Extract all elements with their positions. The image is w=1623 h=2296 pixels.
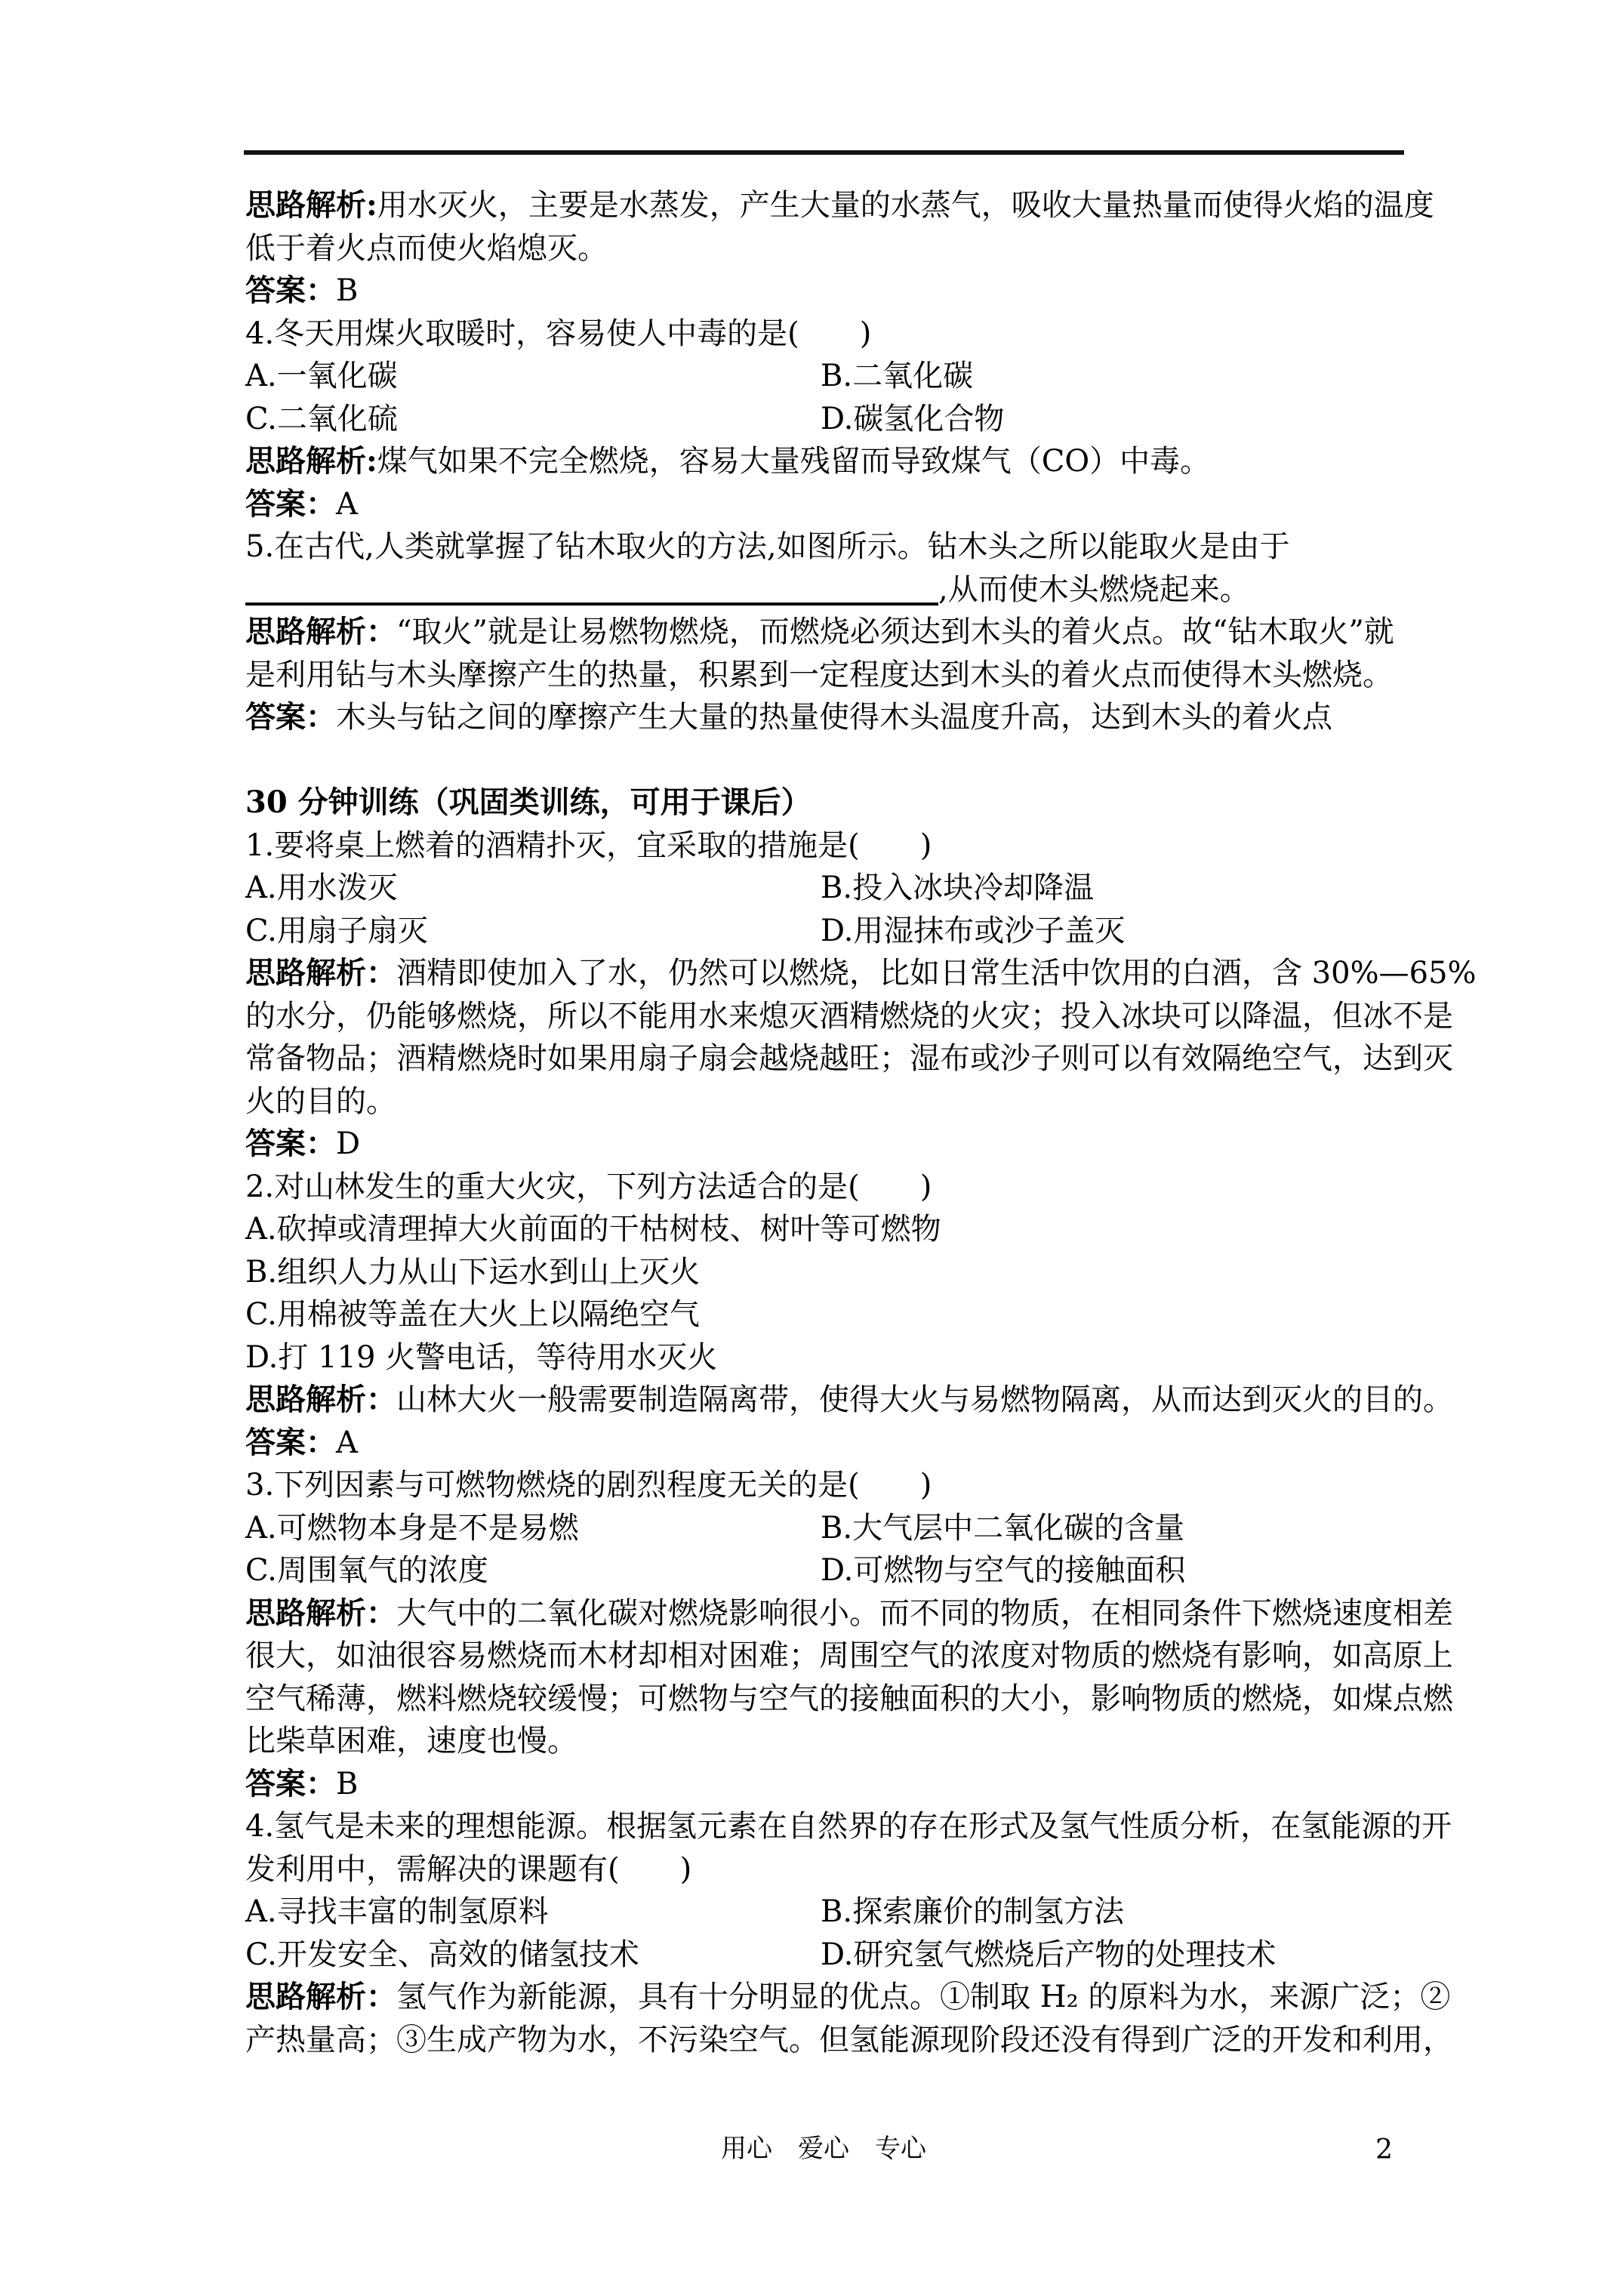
footer-motto: 用心 爱心 专心	[721, 2134, 926, 2164]
option-cell: A.一氧化碳	[245, 355, 821, 398]
option-row: A.寻找丰富的制氢原料B.探索廉价的制氢方法	[245, 1891, 1402, 1934]
option-cell: B.探索廉价的制氢方法	[821, 1891, 1402, 1934]
analysis-label: 思路解析：	[245, 1595, 396, 1631]
text-line: 空气稀薄，燃料燃烧较缓慢；可燃物与空气的接触面积的大小，影响物质的燃烧，如煤点燃	[245, 1678, 1402, 1721]
line-text: “取火”就是让易燃物燃烧，而燃烧必须达到木头的着火点。故“钻木取火”就	[396, 615, 1394, 649]
answer-blank	[245, 572, 938, 606]
answer-line: 答案：B	[245, 270, 1402, 313]
option-cell: A.寻找丰富的制氢原料	[245, 1891, 821, 1934]
line-text: 木头与钻之间的摩擦产生大量的热量使得木头温度升高，达到木头的着火点	[336, 700, 1332, 735]
option-cell: B.二氧化碳	[821, 355, 1402, 398]
option-row: C.二氧化硫D.碳氢化合物	[245, 398, 1402, 441]
line-text: 火的目的。	[245, 1084, 396, 1119]
answer-line: 答案：A	[245, 1422, 1402, 1465]
option-cell: B.投入冰块冷却降温	[821, 867, 1402, 910]
line-text: 酒精即使加入了水，仍然可以燃烧，比如日常生活中饮用的白酒，含 30%—65%	[396, 956, 1477, 991]
line-text: B	[336, 273, 358, 308]
text-line: 很大，如油很容易燃烧而木材却相对困难；周围空气的浓度对物质的燃烧有影响，如高原上	[245, 1635, 1402, 1678]
text-line: A.砍掉或清理掉大火前面的干枯树枝、树叶等可燃物	[245, 1208, 1402, 1251]
analysis-line: 思路解析：氢气作为新能源，具有十分明显的优点。①制取 H₂ 的原料为水，来源广泛…	[245, 1976, 1402, 2019]
option-cell: A.用水泼灭	[245, 867, 821, 910]
line-text: 2.对山林发生的重大火灾，下列方法适合的是( )	[245, 1170, 932, 1204]
text-line: 3.下列因素与可燃物燃烧的剧烈程度无关的是( )	[245, 1464, 1402, 1507]
analysis-line: 思路解析:煤气如果不完全燃烧，容易大量残留而导致煤气（CO）中毒。	[245, 440, 1402, 483]
line-text: C.用棉被等盖在大火上以隔绝空气	[245, 1297, 700, 1332]
analysis-label: 思路解析:	[245, 187, 377, 223]
analysis-label: 思路解析：	[245, 1382, 396, 1417]
line-text: 是利用钻与木头摩擦产生的热量，积累到一定程度达到木头的着火点而使得木头燃烧。	[245, 658, 1393, 692]
document-page: 思路解析:用水灭火，主要是水蒸发，产生大量的水蒸气，吸收大量热量而使得火焰的温度…	[0, 0, 1623, 2296]
section-heading: 30 分钟训练（巩固类训练，可用于课后）	[245, 781, 1402, 824]
text-line: 是利用钻与木头摩擦产生的热量，积累到一定程度达到木头的着火点而使得木头燃烧。	[245, 654, 1402, 697]
line-text: D	[336, 1126, 360, 1161]
page-number: 2	[1375, 2135, 1393, 2165]
answer-label: 答案：	[245, 1126, 336, 1161]
text-line: 发利用中，需解决的课题有( )	[245, 1848, 1402, 1891]
fill-blank-line: ,从而使木头燃烧起来。	[245, 569, 1402, 612]
option-row: C.开发安全、高效的储氢技术D.研究氢气燃烧后产物的处理技术	[245, 1934, 1402, 1977]
line-text: 3.下列因素与可燃物燃烧的剧烈程度无关的是( )	[245, 1468, 932, 1502]
option-cell: D.用湿抹布或沙子盖灭	[821, 910, 1402, 953]
option-cell: C.用扇子扇灭	[245, 910, 821, 953]
analysis-line: 思路解析：酒精即使加入了水，仍然可以燃烧，比如日常生活中饮用的白酒，含 30%—…	[245, 952, 1402, 995]
answer-line: 答案：木头与钻之间的摩擦产生大量的热量使得木头温度升高，达到木头的着火点	[245, 696, 1402, 739]
answer-line: 答案：A	[245, 483, 1402, 526]
option-cell: D.可燃物与空气的接触面积	[821, 1549, 1402, 1592]
line-text: D.打 119 火警电话，等待用水灭火	[245, 1340, 717, 1375]
text-line: 低于着火点而使火焰熄灭。	[245, 227, 1402, 270]
page-footer: 用心 爱心 专心 2	[245, 2134, 1402, 2164]
analysis-line: 思路解析：大气中的二氧化碳对燃烧影响很小。而不同的物质，在相同条件下燃烧速度相差	[245, 1592, 1402, 1635]
option-cell: C.二氧化硫	[245, 398, 821, 441]
analysis-line: 思路解析:用水灭火，主要是水蒸发，产生大量的水蒸气，吸收大量热量而使得火焰的温度	[245, 184, 1402, 227]
option-cell: D.碳氢化合物	[821, 398, 1402, 441]
line-text: B.组织人力从山下运水到山上灭火	[245, 1255, 700, 1290]
text-line: B.组织人力从山下运水到山上灭火	[245, 1251, 1402, 1294]
line-text: B	[336, 1767, 358, 1801]
line-text: 1.要将桌上燃着的酒精扑灭，宜采取的措施是( )	[245, 828, 932, 863]
analysis-label: 思路解析：	[245, 1979, 396, 2014]
analysis-label: 思路解析:	[245, 443, 377, 479]
line-text: 4.冬天用煤火取暖时，容易使人中毒的是( )	[245, 316, 871, 351]
option-row: A.可燃物本身是不是易燃B.大气层中二氧化碳的含量	[245, 1507, 1402, 1550]
text-line: 的水分，仍能够燃烧，所以不能用水来熄灭酒精燃烧的火灾；投入冰块可以降温，但冰不是	[245, 995, 1402, 1038]
text-line: C.用棉被等盖在大火上以隔绝空气	[245, 1293, 1402, 1336]
answer-label: 答案：	[245, 699, 336, 735]
line-text: 发利用中，需解决的课题有( )	[245, 1852, 691, 1887]
option-cell: A.可燃物本身是不是易燃	[245, 1507, 821, 1550]
answer-line: 答案：B	[245, 1763, 1402, 1806]
line-text: 大气中的二氧化碳对燃烧影响很小。而不同的物质，在相同条件下燃烧速度相差	[396, 1596, 1453, 1631]
option-row: C.用扇子扇灭D.用湿抹布或沙子盖灭	[245, 910, 1402, 953]
text-line: 常备物品；酒精燃烧时如果用扇子扇会越烧越旺；湿布或沙子则可以有效隔绝空气，达到灭	[245, 1037, 1402, 1080]
answer-line: 答案：D	[245, 1123, 1402, 1166]
text-line: 5.在古代,人类就掌握了钻木取火的方法,如图所示。钻木头之所以能取火是由于	[245, 525, 1402, 569]
answer-label: 答案：	[245, 1425, 336, 1460]
document-body: 思路解析:用水灭火，主要是水蒸发，产生大量的水蒸气，吸收大量热量而使得火焰的温度…	[245, 184, 1402, 2061]
answer-label: 答案：	[245, 486, 336, 522]
line-text: 山林大火一般需要制造隔离带，使得大火与易燃物隔离，从而达到灭火的目的。	[396, 1382, 1453, 1417]
line-text: 煤气如果不完全燃烧，容易大量残留而导致煤气（CO）中毒。	[377, 444, 1210, 479]
analysis-line: 思路解析：山林大火一般需要制造隔离带，使得大火与易燃物隔离，从而达到灭火的目的。	[245, 1379, 1402, 1422]
analysis-label: 思路解析：	[245, 955, 396, 991]
line-text: A.砍掉或清理掉大火前面的干枯树枝、树叶等可燃物	[245, 1212, 941, 1247]
text-line: 产热量高；③生成产物为水，不污染空气。但氢能源现阶段还没有得到广泛的开发和利用，	[245, 2019, 1402, 2062]
text-line: 4.氢气是未来的理想能源。根据氢元素在自然界的存在形式及氢气性质分析，在氢能源的…	[245, 1805, 1402, 1848]
line-text: 4.氢气是未来的理想能源。根据氢元素在自然界的存在形式及氢气性质分析，在氢能源的…	[245, 1809, 1452, 1844]
option-cell: C.周围氧气的浓度	[245, 1549, 821, 1592]
line-text: 常备物品；酒精燃烧时如果用扇子扇会越烧越旺；湿布或沙子则可以有效隔绝空气，达到灭	[245, 1041, 1453, 1076]
line-text: 用水灭火，主要是水蒸发，产生大量的水蒸气，吸收大量热量而使得火焰的温度	[377, 188, 1434, 223]
line-text: 的水分，仍能够燃烧，所以不能用水来熄灭酒精燃烧的火灾；投入冰块可以降温，但冰不是	[245, 999, 1453, 1034]
line-text: 比柴草困难，速度也慢。	[245, 1724, 577, 1758]
line-text: 5.在古代,人类就掌握了钻木取火的方法,如图所示。钻木头之所以能取火是由于	[245, 529, 1290, 564]
text-line: D.打 119 火警电话，等待用水灭火	[245, 1336, 1402, 1379]
line-text: ,从而使木头燃烧起来。	[938, 572, 1250, 607]
line-text: 空气稀薄，燃料燃烧较缓慢；可燃物与空气的接触面积的大小，影响物质的燃烧，如煤点燃	[245, 1681, 1453, 1716]
line-text: 很大，如油很容易燃烧而木材却相对困难；周围空气的浓度对物质的燃烧有影响，如高原上	[245, 1638, 1453, 1673]
option-row: C.周围氧气的浓度D.可燃物与空气的接触面积	[245, 1549, 1402, 1592]
option-cell: C.开发安全、高效的储氢技术	[245, 1934, 821, 1977]
line-text: 低于着火点而使火焰熄灭。	[245, 231, 608, 266]
text-line: 比柴草困难，速度也慢。	[245, 1720, 1402, 1763]
option-cell: B.大气层中二氧化碳的含量	[821, 1507, 1402, 1550]
text-line: 4.冬天用煤火取暖时，容易使人中毒的是( )	[245, 313, 1402, 356]
section-heading-text: 30 分钟训练（巩固类训练，可用于课后）	[245, 784, 811, 820]
line-text: A	[336, 487, 358, 522]
header-rule	[244, 150, 1404, 155]
option-cell: D.研究氢气燃烧后产物的处理技术	[821, 1934, 1402, 1977]
analysis-line: 思路解析：“取火”就是让易燃物燃烧，而燃烧必须达到木头的着火点。故“钻木取火”就	[245, 611, 1402, 654]
text-line: 2.对山林发生的重大火灾，下列方法适合的是( )	[245, 1166, 1402, 1209]
text-line: 火的目的。	[245, 1080, 1402, 1123]
analysis-label: 思路解析：	[245, 614, 396, 649]
line-text: 氢气作为新能源，具有十分明显的优点。①制取 H₂ 的原料为水，来源广泛；②	[396, 1980, 1450, 2014]
answer-label: 答案：	[245, 273, 336, 308]
text-line: 1.要将桌上燃着的酒精扑灭，宜采取的措施是( )	[245, 824, 1402, 868]
option-row: A.用水泼灭B.投入冰块冷却降温	[245, 867, 1402, 910]
option-row: A.一氧化碳B.二氧化碳	[245, 355, 1402, 398]
line-text: 产热量高；③生成产物为水，不污染空气。但氢能源现阶段还没有得到广泛的开发和利用，	[245, 2023, 1453, 2057]
line-text: A	[336, 1425, 358, 1460]
answer-label: 答案：	[245, 1766, 336, 1801]
